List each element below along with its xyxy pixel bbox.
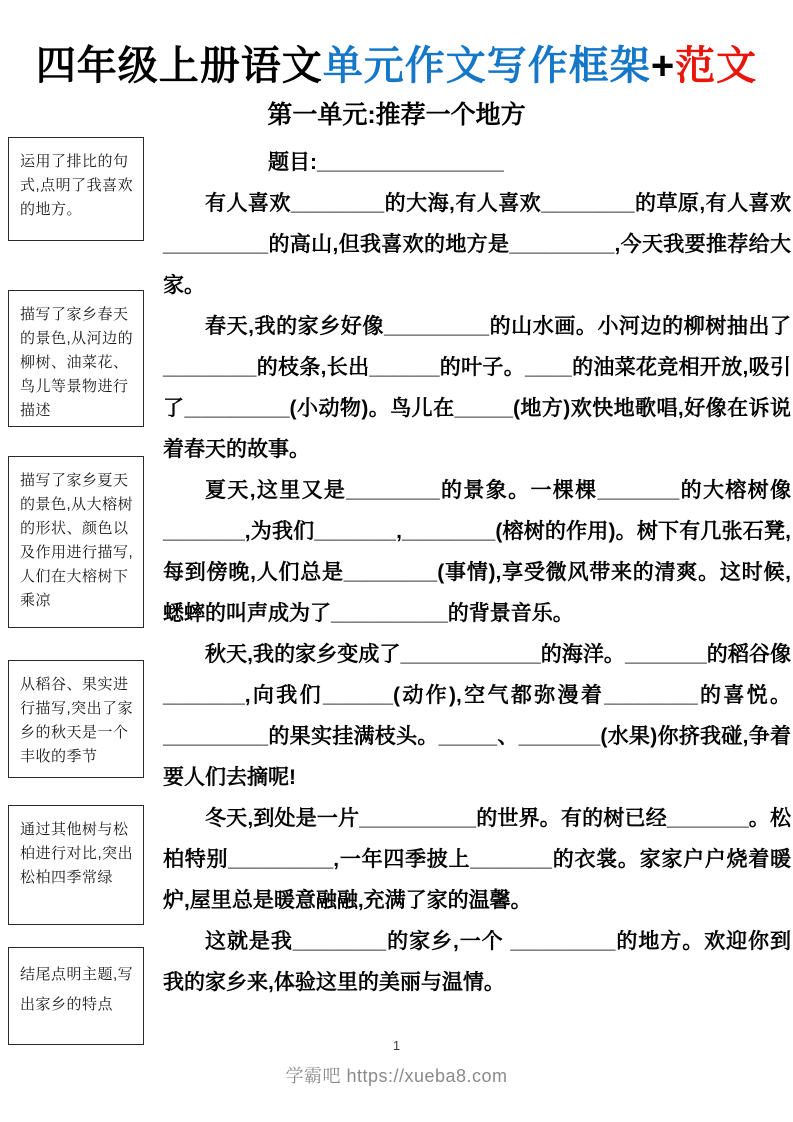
essay-paragraph-ending: 这就是我________的家乡,一个 _________的地方。欢迎你到我的家乡… — [163, 921, 791, 1003]
essay-paragraph-intro: 有人喜欢________的大海,有人喜欢________的草原,有人喜欢____… — [163, 183, 791, 306]
annotation-text: 从稻谷、果实进行描写,突出了家乡的秋天是一个丰收的季节 — [20, 676, 133, 765]
annotation-text: 描写了家乡夏天的景色,从大榕树的形状、颜色以及作用进行描写,人们在大榕树下乘凉 — [20, 472, 133, 609]
annotation-text: 结尾点明主题,写出家乡的特点 — [20, 966, 133, 1013]
annotation-text: 通过其他树与松柏进行对比,突出松柏四季常绿 — [20, 821, 133, 886]
essay-paragraph-autumn: 秋天,我的家乡变成了____________的海洋。_______的稻谷像___… — [163, 634, 791, 798]
annotation-text: 描写了家乡春天的景色,从河边的柳树、油菜花、鸟儿等景物进行描述 — [20, 306, 133, 419]
annotation-box-spring: 描写了家乡春天的景色,从河边的柳树、油菜花、鸟儿等景物进行描述 — [8, 290, 144, 427]
page-number: 1 — [0, 1038, 793, 1053]
title-segment-red: 范文 — [675, 44, 757, 88]
watermark-site-text: 学霸吧 https://xueba8.com — [0, 1062, 793, 1088]
annotation-box-autumn: 从稻谷、果实进行描写,突出了家乡的秋天是一个丰收的季节 — [8, 660, 144, 778]
annotation-box-ending: 结尾点明主题,写出家乡的特点 — [8, 947, 144, 1045]
annotation-box-summer: 描写了家乡夏天的景色,从大榕树的形状、颜色以及作用进行描写,人们在大榕树下乘凉 — [8, 456, 144, 628]
annotation-text: 运用了排比的句式,点明了我喜欢的地方。 — [20, 153, 133, 218]
unit-subtitle: 第一单元:推荐一个地方 — [0, 98, 793, 132]
essay-paragraph-spring: 春天,我的家乡好像_________的山水画。小河边的柳树抽出了________… — [163, 306, 791, 470]
title-segment-plus: + — [651, 44, 675, 88]
annotation-box-intro: 运用了排比的句式,点明了我喜欢的地方。 — [8, 137, 144, 241]
annotation-box-winter: 通过其他树与松柏进行对比,突出松柏四季常绿 — [8, 805, 144, 925]
page-title: 四年级上册语文单元作文写作框架+范文 — [0, 38, 793, 94]
essay-topic-line: 题目:________________ — [163, 142, 791, 183]
essay-paragraph-summer: 夏天,这里又是________的景象。一棵棵_______的大榕树像______… — [163, 470, 791, 634]
title-segment-black: 四年级上册语文 — [36, 44, 323, 88]
essay-paragraph-winter: 冬天,到处是一片__________的世界。有的树已经_______。松柏特别_… — [163, 798, 791, 921]
essay-body: 题目:________________ 有人喜欢________的大海,有人喜欢… — [163, 142, 791, 1003]
document-page: 四年级上册语文单元作文写作框架+范文 第一单元:推荐一个地方 运用了排比的句式,… — [0, 0, 793, 1122]
title-segment-blue: 单元作文写作框架 — [323, 44, 651, 88]
